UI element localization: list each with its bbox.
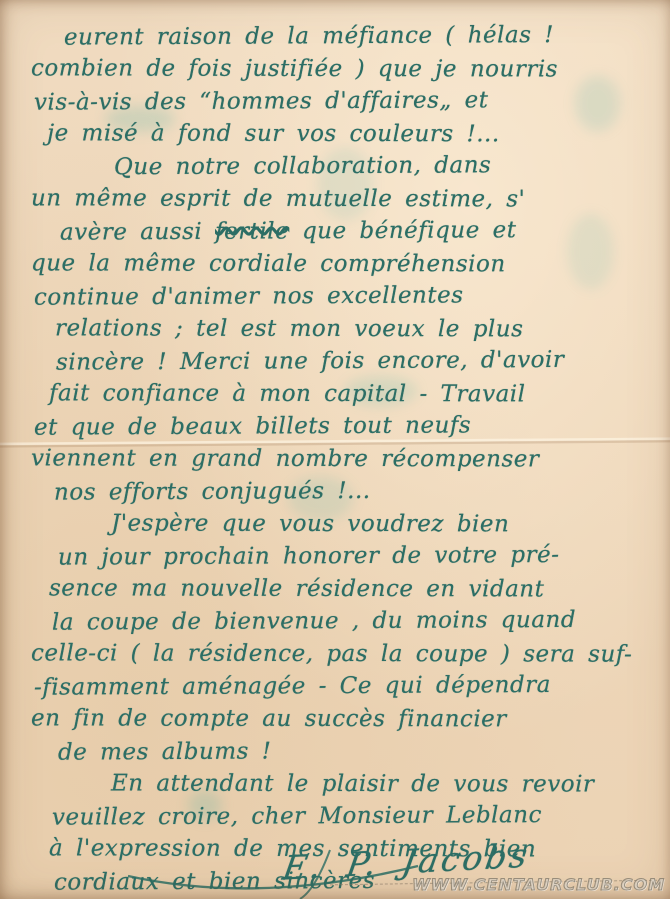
handwritten-line: combien de fois justifiée ) que je nourr… xyxy=(31,52,667,86)
line-text: vis-à-vis des “hommes d'affaires„ et xyxy=(34,87,489,115)
handwritten-line: un même esprit de mutuelle estime, s' xyxy=(31,182,667,216)
handwritten-line: en fin de compte au succès financier xyxy=(31,702,667,736)
handwritten-line: avère aussi fertile que bénéfique et xyxy=(60,213,670,249)
handwritten-line: sence ma nouvelle résidence en vidant xyxy=(49,572,667,606)
line-text: je misé à fond sur vos couleurs !... xyxy=(47,120,500,147)
line-text: fait confiance à mon capital - Travail xyxy=(49,380,526,407)
line-text: relations ; tel est mon voeux le plus xyxy=(55,315,523,342)
handwritten-line: viennent en grand nombre récompenser xyxy=(31,442,667,476)
strikethrough-word: fertile xyxy=(215,218,289,244)
line-text: En attendant le plaisir de vous revoir xyxy=(111,770,595,797)
line-text: combien de fois justifiée ) que je nourr… xyxy=(31,55,558,82)
handwritten-line: relations ; tel est mon voeux le plus xyxy=(55,312,667,346)
handwritten-line: J'espère que vous voudrez bien xyxy=(31,507,667,541)
line-text: avère aussi xyxy=(60,219,215,246)
handwritten-line: la coupe de bienvenue , du moins quand xyxy=(52,603,670,639)
line-text: celle-ci ( la résidence, pas la coupe ) … xyxy=(31,640,632,667)
handwritten-line: eurent raison de la méfiance ( hélas ! xyxy=(64,18,670,54)
line-text: nos efforts conjugués !... xyxy=(54,478,371,506)
line-text: sence ma nouvelle résidence en vidant xyxy=(49,575,544,602)
handwritten-line: nos efforts conjugués !... xyxy=(54,473,670,509)
handwritten-line: un jour prochain honorer de votre pré- xyxy=(58,538,670,574)
handwritten-line: fait confiance à mon capital - Travail xyxy=(49,377,667,411)
line-text: un même esprit de mutuelle estime, s' xyxy=(31,185,525,212)
handwritten-line: -fisamment aménagée - Ce qui dépendra xyxy=(34,668,670,704)
handwritten-line: que la même cordiale compréhension xyxy=(31,247,667,281)
line-text: un jour prochain honorer de votre pré- xyxy=(58,542,560,571)
handwritten-line: Que notre collaboration, dans xyxy=(34,148,670,184)
handwritten-line: vis-à-vis des “hommes d'affaires„ et xyxy=(34,83,670,119)
letter-page: eurent raison de la méfiance ( hélas !co… xyxy=(0,0,670,899)
handwritten-line: veuillez croire, cher Monsieur Leblanc xyxy=(52,798,670,834)
handwritten-line: celle-ci ( la résidence, pas la coupe ) … xyxy=(31,637,667,671)
line-text: veuillez croire, cher Monsieur Leblanc xyxy=(52,802,542,831)
line-text: viennent en grand nombre récompenser xyxy=(31,445,539,472)
line-text: continue d'animer nos excellentes xyxy=(34,282,464,310)
handwritten-line: continue d'animer nos excellentes xyxy=(34,278,670,314)
watermark: WWW.CENTAURCLUB.COM xyxy=(412,875,665,894)
line-text: et que de beaux billets tout neufs xyxy=(34,412,471,440)
line-text: de mes albums ! xyxy=(58,738,272,765)
letter-body: eurent raison de la méfiance ( hélas !co… xyxy=(34,20,670,898)
line-text: la coupe de bienvenue , du moins quand xyxy=(52,607,576,636)
handwritten-line: sincère ! Merci une fois encore, d'avoir xyxy=(56,343,670,379)
line-text: en fin de compte au succès financier xyxy=(31,705,507,732)
line-text: Que notre collaboration, dans xyxy=(114,152,491,180)
handwritten-line: et que de beaux billets tout neufs xyxy=(34,408,670,444)
line-text: -fisamment aménagée - Ce qui dépendra xyxy=(34,672,551,701)
line-text: eurent raison de la méfiance ( hélas ! xyxy=(64,22,554,51)
line-text: J'espère que vous voudrez bien xyxy=(111,510,509,537)
line-text: que la même cordiale compréhension xyxy=(31,250,506,277)
handwritten-line: je misé à fond sur vos couleurs !... xyxy=(47,117,667,151)
handwritten-line: de mes albums ! xyxy=(58,733,670,769)
line-text: que bénéfique et xyxy=(289,217,516,244)
handwritten-line: En attendant le plaisir de vous revoir xyxy=(31,767,667,801)
line-text: sincère ! Merci une fois encore, d'avoir xyxy=(56,347,564,376)
